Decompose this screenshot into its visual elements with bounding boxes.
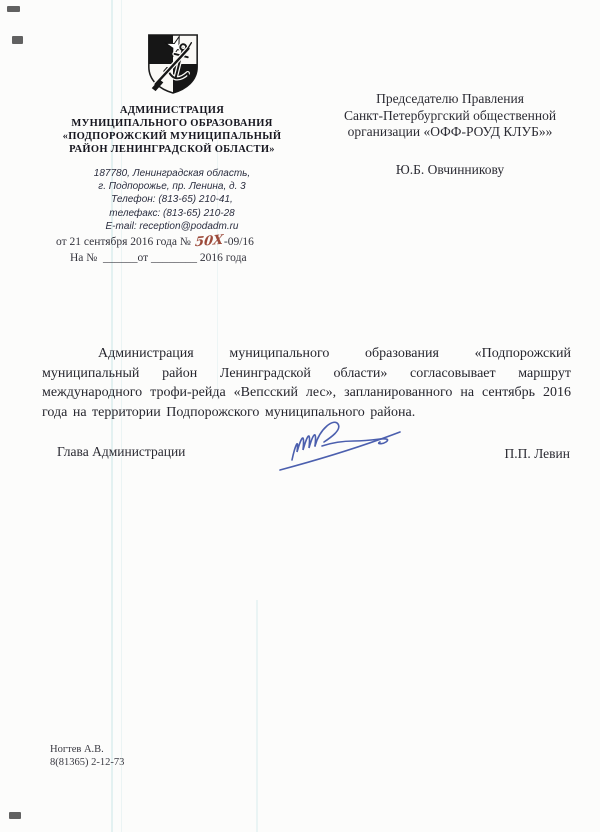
scan-artifact-mark — [12, 36, 23, 44]
scan-artifact-mark — [7, 6, 20, 12]
org-line: МУНИЦИПАЛЬНОГО ОБРАЗОВАНИЯ — [22, 117, 322, 130]
executor-phone: 8(81365) 2-12-73 — [50, 757, 124, 770]
scan-streak — [256, 600, 258, 832]
scanned-letter-page: АДМИНИСТРАЦИЯ МУНИЦИПАЛЬНОГО ОБРАЗОВАНИЯ… — [0, 0, 600, 832]
scan-artifact-mark — [9, 812, 21, 819]
executor-block: Ногтев А.В. 8(81365) 2-12-73 — [50, 744, 124, 769]
signature-icon — [272, 416, 422, 479]
signature-strokes — [280, 422, 400, 470]
letterhead-org-name: АДМИНИСТРАЦИЯ МУНИЦИПАЛЬНОГО ОБРАЗОВАНИЯ… — [22, 104, 322, 156]
letterhead-address: 187780, Ленинградская область, г. Подпор… — [22, 167, 322, 233]
letter-body-paragraph: Администрация муниципального образования… — [42, 344, 571, 422]
signer-name: П.П. Левин — [462, 446, 570, 462]
address-line: 187780, Ленинградская область, — [22, 167, 322, 180]
date-prefix: от 21 сентября 2016 года № — [56, 236, 194, 248]
address-line: г. Подпорожье, пр. Ленина, д. 3 — [22, 180, 322, 193]
recipient-name: Ю.Б. Овчинникову — [302, 162, 598, 179]
number-suffix: -09/16 — [224, 236, 254, 248]
address-email: E-mail: reception@podadm.ru — [22, 220, 322, 233]
recipient-line: организации «ОФФ-РОУД КЛУБ»» — [302, 124, 598, 141]
executor-name: Ногтев А.В. — [50, 744, 124, 757]
recipient-line: Председателю Правления — [302, 91, 598, 108]
coat-of-arms-icon — [144, 32, 202, 96]
reply-reference-line: На № ______от ________ 2016 года — [56, 250, 254, 266]
recipient-line: Санкт-Петербургский общественной — [302, 108, 598, 125]
org-line: АДМИНИСТРАЦИЯ — [22, 104, 322, 117]
org-line: РАЙОН ЛЕНИНГРАДСКОЙ ОБЛАСТИ» — [22, 143, 322, 156]
address-line: телефакс: (813-65) 210-28 — [22, 207, 322, 220]
recipient-block: Председателю Правления Санкт-Петербургск… — [302, 91, 598, 178]
reference-block: от 21 сентября 2016 года № 50Х-09/16 На … — [56, 234, 254, 266]
handwritten-number: 50Х — [194, 233, 223, 252]
address-line: Телефон: (813-65) 210-41, — [22, 193, 322, 206]
outgoing-number-line: от 21 сентября 2016 года № 50Х-09/16 — [56, 234, 254, 250]
org-line: «ПОДПОРОЖСКИЙ МУНИЦИПАЛЬНЫЙ — [22, 130, 322, 143]
signer-title: Глава Администрации — [57, 444, 185, 460]
